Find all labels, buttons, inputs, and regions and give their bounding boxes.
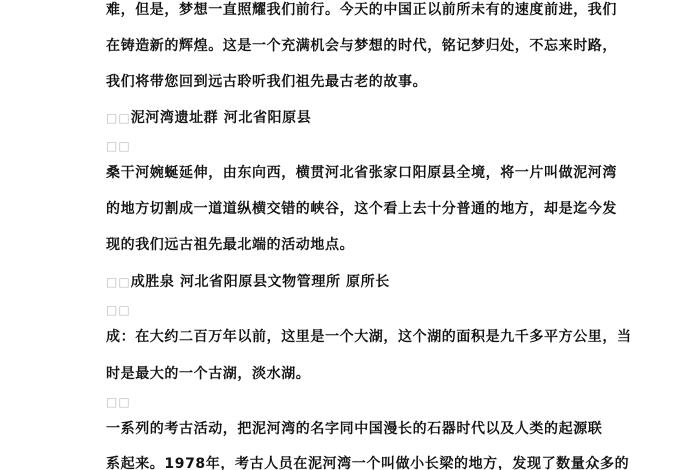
paragraph-4-line-1: 一系列的考古活动，把泥河湾的名字同中国漫长的石器时代以及人类的起源联 bbox=[106, 421, 602, 437]
paragraph-2-line-2: 的地方切割成一道道纵横交错的峡谷，这个看上去十分普通的地方，却是迄今发 bbox=[106, 201, 617, 217]
missing-glyph-marker: □□ bbox=[106, 275, 131, 289]
paragraph-intro-line-2: 在铸造新的辉煌。这是一个充满机会与梦想的时代，铭记梦归处，不忘来时路， bbox=[106, 38, 617, 54]
document-page: 难，但是，梦想一直照耀我们前行。今天的中国正以前所未有的速度前进，我们 在铸造新… bbox=[0, 0, 700, 470]
heading-site-text: 泥河湾遗址群 河北省阳原县 bbox=[131, 110, 312, 126]
paragraph-3-line-1: 成：在大约二百万年以前，这里是一个大湖，这个湖的面积是九千多平方公里，当 bbox=[106, 329, 632, 345]
heading-speaker: □□成胜泉 河北省阳原县文物管理所 原所长 bbox=[106, 274, 390, 290]
missing-glyph-marker: □□ bbox=[106, 111, 131, 125]
paragraph-2-line-1: 桑干河婉蜒延伸，由东向西，横贯河北省张家口阳原县全境，将一片叫做泥河湾 bbox=[106, 165, 617, 181]
heading-speaker-text: 成胜泉 河北省阳原县文物管理所 原所长 bbox=[131, 274, 390, 290]
paragraph-2-line-3: 现的我们远古祖先最北端的活动地点。 bbox=[106, 237, 354, 253]
paragraph-intro-line-1: 难，但是，梦想一直照耀我们前行。今天的中国正以前所未有的速度前进，我们 bbox=[106, 2, 617, 18]
paragraph-3-line-2: 时是最大的一个古湖，淡水湖。 bbox=[106, 366, 310, 382]
missing-glyph-marker: □□ bbox=[106, 302, 131, 318]
missing-glyph-marker: □□ bbox=[106, 138, 131, 154]
missing-glyph-marker: □□ bbox=[106, 394, 131, 410]
heading-site: □□泥河湾遗址群 河北省阳原县 bbox=[106, 110, 311, 126]
paragraph-intro-line-3: 我们将带您回到远古聆听我们祖先最古老的故事。 bbox=[106, 74, 427, 90]
paragraph-4-line-2: 系起来。1978年，考古人员在泥河湾一个叫做小长梁的地方，发现了数量众多的 bbox=[106, 456, 629, 470]
